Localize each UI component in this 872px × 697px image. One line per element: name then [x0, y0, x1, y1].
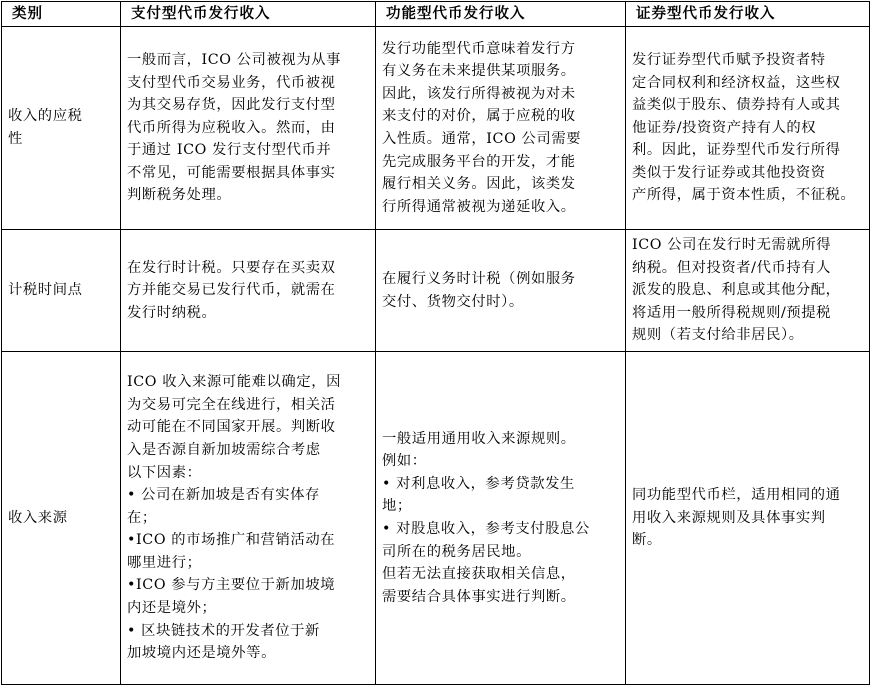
cell-utility-income-source: 一般适用通用收入来源规则。 例如： • 对利息收入，参考贷款发生 地； • 对股…	[376, 352, 626, 685]
header-payment-token: 支付型代币发行收入	[121, 2, 376, 27]
table-row-tax-timing: 计税时间点 在发行时计税。只要存在买卖双 方并能交易已发行代币，就需在 发行时纳…	[2, 230, 870, 352]
table-row-income-source: 收入来源 ICO 收入来源可能难以确定，因 为交易可完全在线进行，相关活 动可能…	[2, 352, 870, 685]
cell-payment-income-source: ICO 收入来源可能难以确定，因 为交易可完全在线进行，相关活 动可能在不同国家…	[121, 352, 376, 685]
cell-utility-taxability: 发行功能型代币意味着发行方 有义务在未来提供某项服务。 因此，该发行所得被视为对…	[376, 27, 626, 230]
tax-comparison-table: 类别 支付型代币发行收入 功能型代币发行收入 证券型代币发行收入 收入的应税 性…	[1, 1, 870, 685]
cell-payment-taxability: 一般而言，ICO 公司被视为从事 支付型代币交易业务，代币被视 为其交易存货，因…	[121, 27, 376, 230]
table-row-taxability: 收入的应税 性 一般而言，ICO 公司被视为从事 支付型代币交易业务，代币被视 …	[2, 27, 870, 230]
header-row: 类别 支付型代币发行收入 功能型代币发行收入 证券型代币发行收入	[2, 2, 870, 27]
cell-security-tax-timing: ICO 公司在发行时无需就所得 纳税。但对投资者/代币持有人 派发的股息、利息或…	[626, 230, 870, 352]
cell-security-income-source: 同功能型代币栏，适用相同的通 用收入来源规则及具体事实判 断。	[626, 352, 870, 685]
cell-payment-tax-timing: 在发行时计税。只要存在买卖双 方并能交易已发行代币，就需在 发行时纳税。	[121, 230, 376, 352]
cell-security-taxability: 发行证券型代币赋予投资者特 定合同权利和经济权益，这些权 益类似于股东、债券持有…	[626, 27, 870, 230]
header-utility-token: 功能型代币发行收入	[376, 2, 626, 27]
header-category: 类别	[2, 2, 121, 27]
cell-utility-tax-timing: 在履行义务时计税（例如服务 交付、货物交付时）。	[376, 230, 626, 352]
row-label-income-source: 收入来源	[2, 352, 121, 685]
row-label-taxability: 收入的应税 性	[2, 27, 121, 230]
header-security-token: 证券型代币发行收入	[626, 2, 870, 27]
row-label-tax-timing: 计税时间点	[2, 230, 121, 352]
